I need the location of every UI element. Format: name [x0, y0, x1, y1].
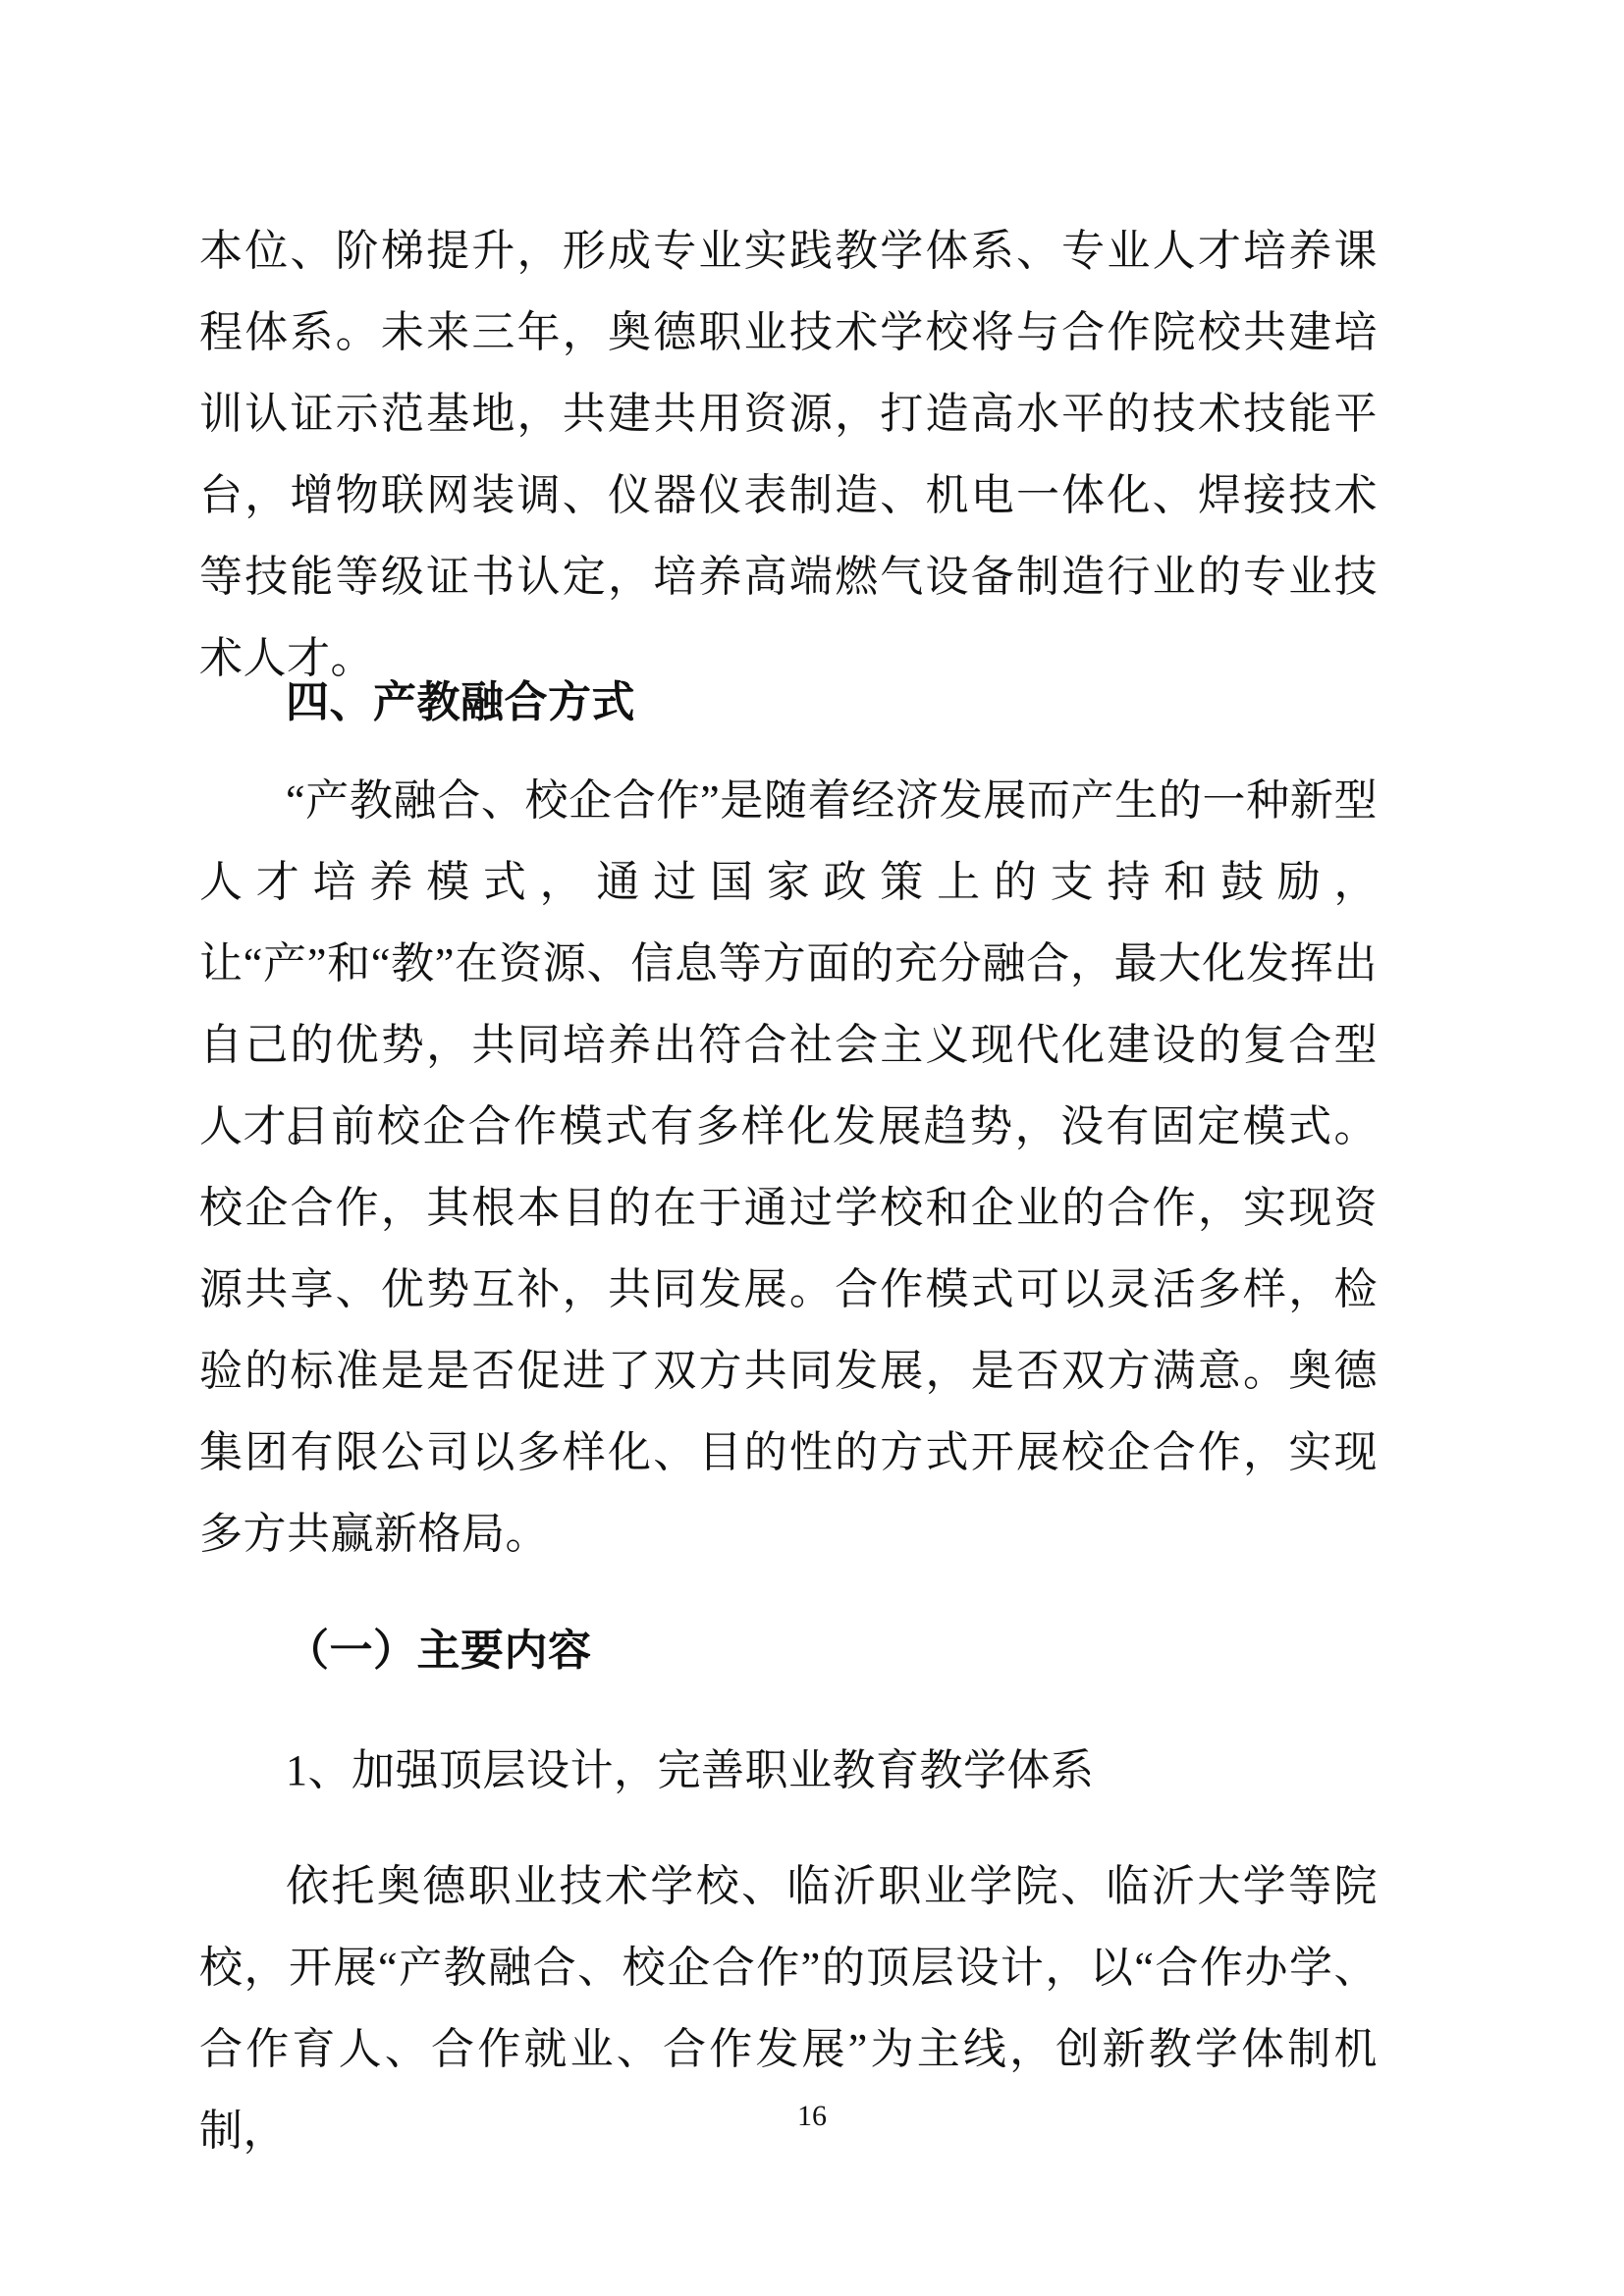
section-heading-level2: （一）主要内容	[199, 1610, 1378, 1691]
section-heading-level1: 四、产教融合方式	[199, 662, 1378, 743]
body-paragraph-continued: 本位、阶梯提升，形成专业实践教学体系、专业人才培养课程体系。未来三年，奥德职业技…	[199, 210, 1378, 699]
numbered-subheading: 1、加强顶层设计，完善职业教育教学体系	[199, 1730, 1378, 1811]
body-paragraph: 目前校企合作模式有多样化发展趋势，没有固定模式。校企合作，其根本目的在于通过学校…	[199, 1086, 1378, 1575]
page-number: 16	[0, 2097, 1624, 2136]
document-page: 本位、阶梯提升，形成专业实践教学体系、专业人才培养课程体系。未来三年，奥德职业技…	[0, 0, 1624, 2296]
